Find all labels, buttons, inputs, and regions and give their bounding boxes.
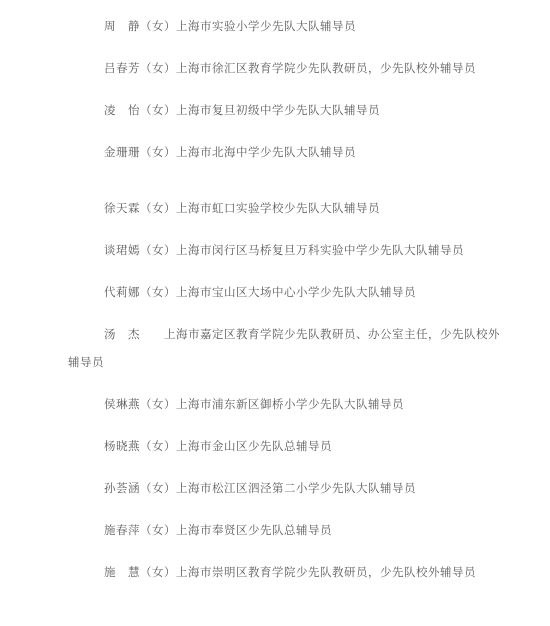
list-item: 施春萍（女）上海市奉贤区少先队总辅导员 bbox=[68, 517, 520, 545]
list-item: 代莉娜（女）上海市宝山区大场中心小学少先队大队辅导员 bbox=[68, 279, 520, 307]
list-item: 杨晓燕（女）上海市金山区少先队总辅导员 bbox=[68, 433, 520, 461]
person-title: 辅导员 bbox=[68, 357, 104, 369]
gender-label: （女） bbox=[140, 245, 176, 257]
person-title: 上海市松江区泗泾第二小学少先队大队辅导员 bbox=[176, 483, 416, 495]
person-title: 上海市浦东新区御桥小学少先队大队辅导员 bbox=[176, 399, 404, 411]
person-title: 上海市徐汇区教育学院少先队教研员，少先队校外辅导员 bbox=[176, 63, 476, 75]
gender-label: （女） bbox=[140, 399, 176, 411]
gender-label: （女） bbox=[140, 147, 176, 159]
person-name: 施春萍 bbox=[104, 525, 140, 537]
person-name: 金珊珊 bbox=[104, 147, 140, 159]
person-name: 徐天霖 bbox=[104, 203, 140, 215]
list-item: 吕春芳（女）上海市徐汇区教育学院少先队教研员，少先队校外辅导员 bbox=[68, 55, 520, 83]
person-name: 施 慧 bbox=[104, 567, 140, 579]
person-name: 代莉娜 bbox=[104, 287, 140, 299]
person-name: 凌 怡 bbox=[104, 105, 140, 117]
list-item: 凌 怡（女）上海市复旦初级中学少先队大队辅导员 bbox=[68, 97, 520, 125]
list-item: 施 慧（女）上海市崇明区教育学院少先队教研员，少先队校外辅导员 bbox=[68, 559, 520, 587]
person-title: 上海市复旦初级中学少先队大队辅导员 bbox=[176, 105, 380, 117]
list-item: 汤 杰 上海市嘉定区教育学院少先队教研员、办公室主任，少先队校外辅导员 bbox=[68, 321, 520, 377]
list-item: 徐天霖（女）上海市虹口实验学校少先队大队辅导员 bbox=[68, 195, 520, 223]
person-title: 上海市闵行区马桥复旦万科实验中学少先队大队辅导员 bbox=[176, 245, 464, 257]
gender-label: （女） bbox=[140, 287, 176, 299]
gender-label: （女） bbox=[140, 483, 176, 495]
person-title: 上海市实验小学少先队大队辅导员 bbox=[176, 21, 356, 33]
person-title: 上海市奉贤区少先队总辅导员 bbox=[176, 525, 332, 537]
gender-label: （女） bbox=[140, 21, 176, 33]
person-title: 上海市北海中学少先队大队辅导员 bbox=[176, 147, 356, 159]
person-title: 上海市虹口实验学校少先队大队辅导员 bbox=[176, 203, 380, 215]
list-item: 周 静（女）上海市实验小学少先队大队辅导员 bbox=[68, 13, 520, 41]
gender-label: （女） bbox=[140, 567, 176, 579]
person-title: 上海市崇明区教育学院少先队教研员，少先队校外辅导员 bbox=[176, 567, 476, 579]
list-item: 孙荟涵（女）上海市松江区泗泾第二小学少先队大队辅导员 bbox=[68, 475, 520, 503]
gender-label: （女） bbox=[140, 105, 176, 117]
person-name: 吕春芳 bbox=[104, 63, 140, 75]
document-page: { "page": { "background_color": "#ffffff… bbox=[0, 0, 550, 626]
gender-label: （女） bbox=[140, 525, 176, 537]
gender-label: （女） bbox=[140, 63, 176, 75]
award-list: 周 静（女）上海市实验小学少先队大队辅导员吕春芳（女）上海市徐汇区教育学院少先队… bbox=[0, 0, 550, 626]
person-name: 谈珺嫣 bbox=[104, 245, 140, 257]
gender-label bbox=[140, 329, 164, 341]
person-title: 上海市嘉定区教育学院少先队教研员、办公室主任，少先队校外 bbox=[164, 329, 500, 341]
person-name: 侯琳燕 bbox=[104, 399, 140, 411]
list-item: 侯琳燕（女）上海市浦东新区御桥小学少先队大队辅导员 bbox=[68, 391, 520, 419]
person-title: 上海市宝山区大场中心小学少先队大队辅导员 bbox=[176, 287, 416, 299]
person-name: 孙荟涵 bbox=[104, 483, 140, 495]
list-item: 金珊珊（女）上海市北海中学少先队大队辅导员 bbox=[68, 139, 520, 167]
person-title: 上海市金山区少先队总辅导员 bbox=[176, 441, 332, 453]
person-name: 汤 杰 bbox=[104, 329, 140, 341]
list-item: 谈珺嫣（女）上海市闵行区马桥复旦万科实验中学少先队大队辅导员 bbox=[68, 237, 520, 265]
person-name: 杨晓燕 bbox=[104, 441, 140, 453]
gender-label: （女） bbox=[140, 441, 176, 453]
person-name: 周 静 bbox=[104, 21, 140, 33]
gender-label: （女） bbox=[140, 203, 176, 215]
